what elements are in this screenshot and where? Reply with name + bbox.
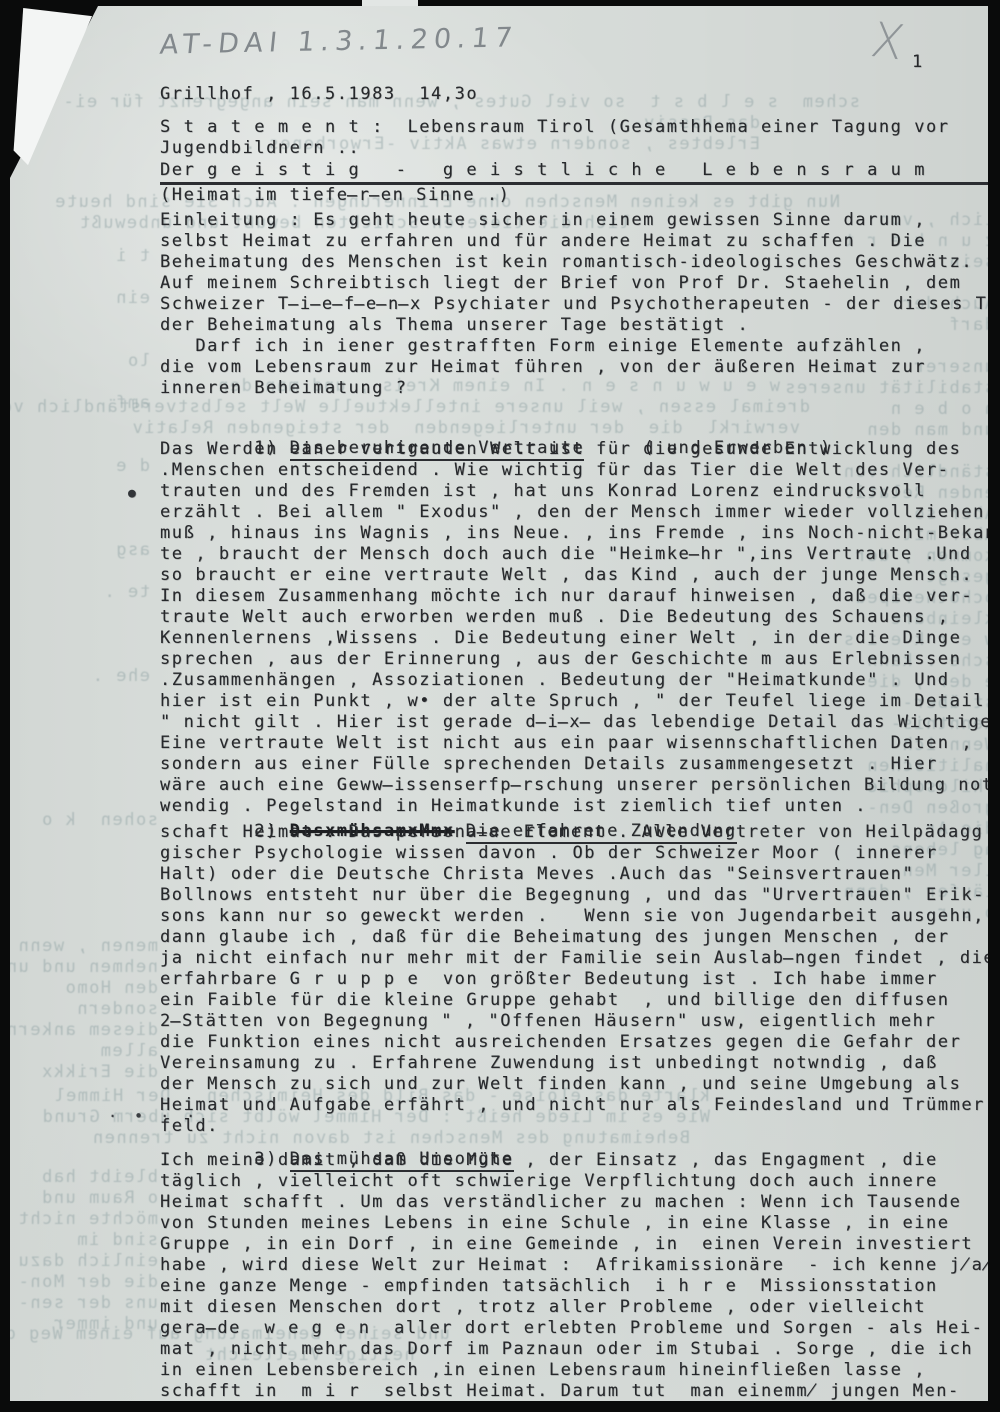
scan-border-bottom <box>0 1401 1000 1412</box>
scan-border-left <box>0 0 10 1412</box>
bleed-through-fragment: sohen k o menen , wenn nehmen und uns de… <box>10 810 158 1335</box>
paper: schem s e l b s t so viel Gutes , wenn m… <box>10 6 990 1402</box>
page-number: 1 <box>912 52 924 73</box>
margin-bullet: ● <box>128 483 137 504</box>
scan-border-top <box>0 0 1000 6</box>
scan-border-notch <box>362 0 418 6</box>
section-2-paragraph: schaft Heimat . Das persona̶ae Element .… <box>160 822 990 1137</box>
date-line: Grillhof , 16.5.1983 14,3o <box>160 84 478 105</box>
document-title: Der g e i s t i g - g e i s t l i c h e … <box>160 160 990 185</box>
bleed-through-fragment: t i ein lo amf d e asg te . ehe . <box>10 246 150 687</box>
statement-line: S t a t e m e n t : Lebensraum Tirol (Ge… <box>160 117 950 159</box>
intro-paragraph-continued: Darf ich in iener gestrafften Form einig… <box>160 336 926 399</box>
intro-paragraph: Einleitung : Es geht heute sicher in ein… <box>160 210 990 336</box>
handwritten-x-mark: X <box>867 11 909 71</box>
handwritten-archive-ref: AT-DAI 1.3.1.20.17 <box>158 22 519 61</box>
scan-border-right <box>988 0 1000 1412</box>
scanned-document-page: schem s e l b s t so viel Gutes , wenn m… <box>0 0 1000 1412</box>
margin-dots: · • · · <box>108 1106 199 1127</box>
document-subtitle: (Heimat im tiefe̶r̶en Sinne .) <box>160 185 510 206</box>
folded-paper-corner <box>12 8 92 170</box>
section-3-paragraph: Ich meine damit , daß die Mühe , der Ein… <box>160 1150 990 1402</box>
section-1-paragraph: Das Werden einer vertrauten Welt ist für… <box>160 439 990 817</box>
